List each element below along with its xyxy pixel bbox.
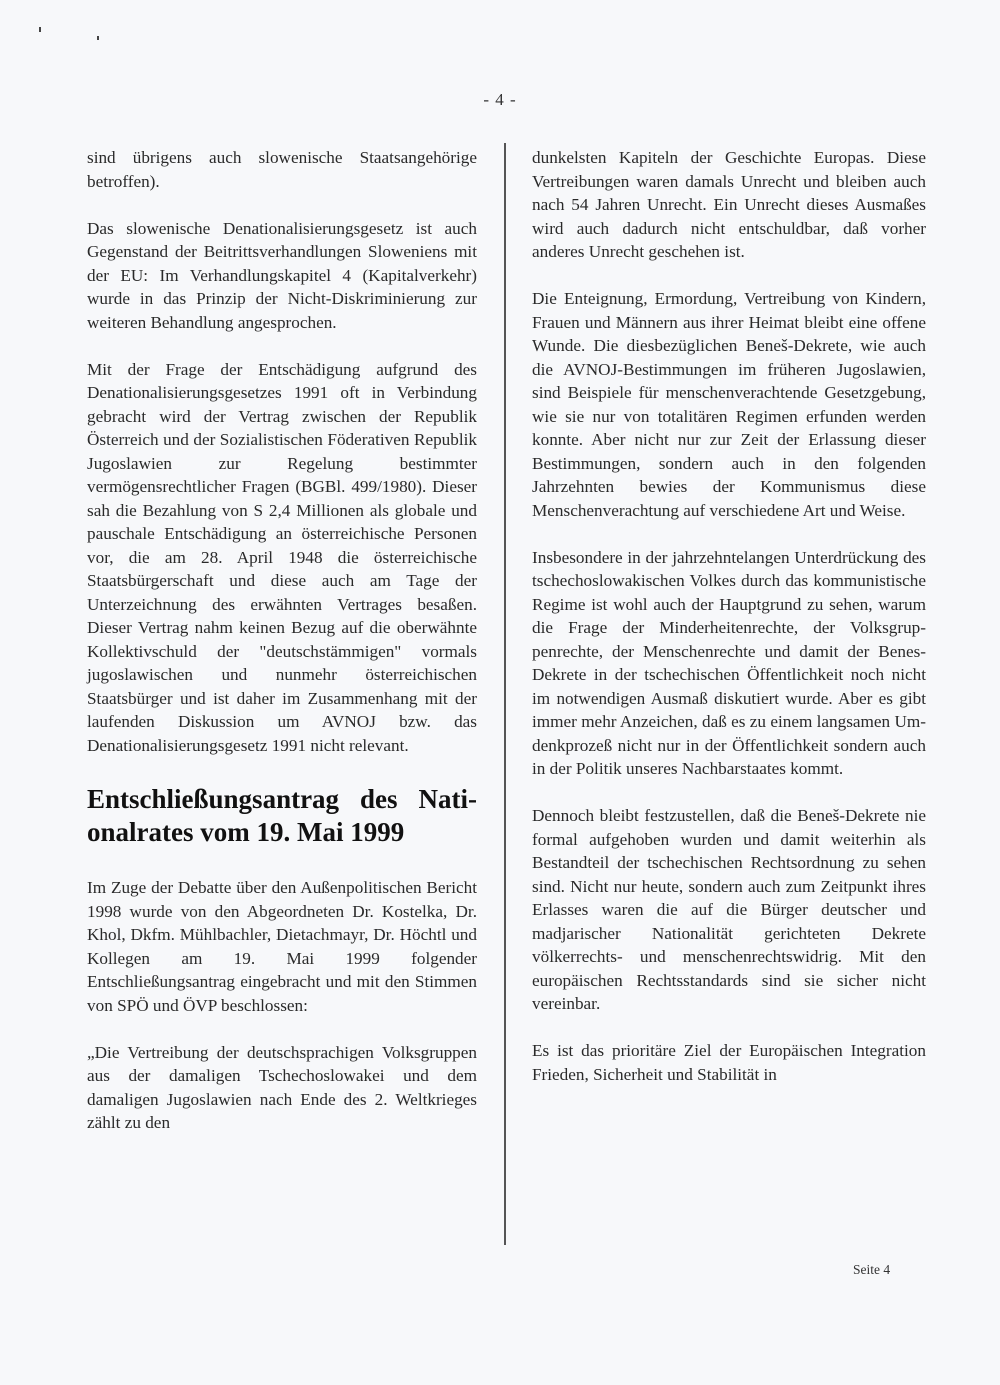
page-number-header: - 4 -: [0, 90, 1000, 110]
column-divider: [504, 143, 506, 1245]
paragraph: sind übrigens auch slowenische Staatsang…: [87, 146, 477, 193]
section-heading: Entschließungsantrag des Nati­onalrates …: [87, 783, 477, 849]
paragraph: Die Enteignung, Ermordung, Vertreibung v…: [532, 287, 926, 522]
scan-artifact-mark: [39, 27, 41, 32]
left-column: sind übrigens auch slowenische Staatsang…: [87, 146, 477, 1158]
paragraph: Im Zuge der Debatte über den Außenpoliti…: [87, 876, 477, 1017]
scan-artifact-mark: [97, 36, 99, 40]
paragraph: Insbesondere in der jahrzehntelangen Unt…: [532, 546, 926, 781]
paragraph: Dennoch bleibt festzustellen, daß die Be…: [532, 804, 926, 1016]
page-footer: Seite 4: [853, 1262, 890, 1278]
paragraph: dunkelsten Kapiteln der Geschichte Europ…: [532, 146, 926, 264]
right-column: dunkelsten Kapiteln der Geschichte Europ…: [532, 146, 926, 1110]
paragraph: Es ist das prioritäre Ziel der Europäisc…: [532, 1039, 926, 1086]
paragraph: Das slowenische Denationalisierungsgeset…: [87, 217, 477, 335]
paragraph: „Die Vertreibung der deutschsprachigen V…: [87, 1041, 477, 1135]
paragraph: Mit der Frage der Entschädigung aufgrund…: [87, 358, 477, 758]
